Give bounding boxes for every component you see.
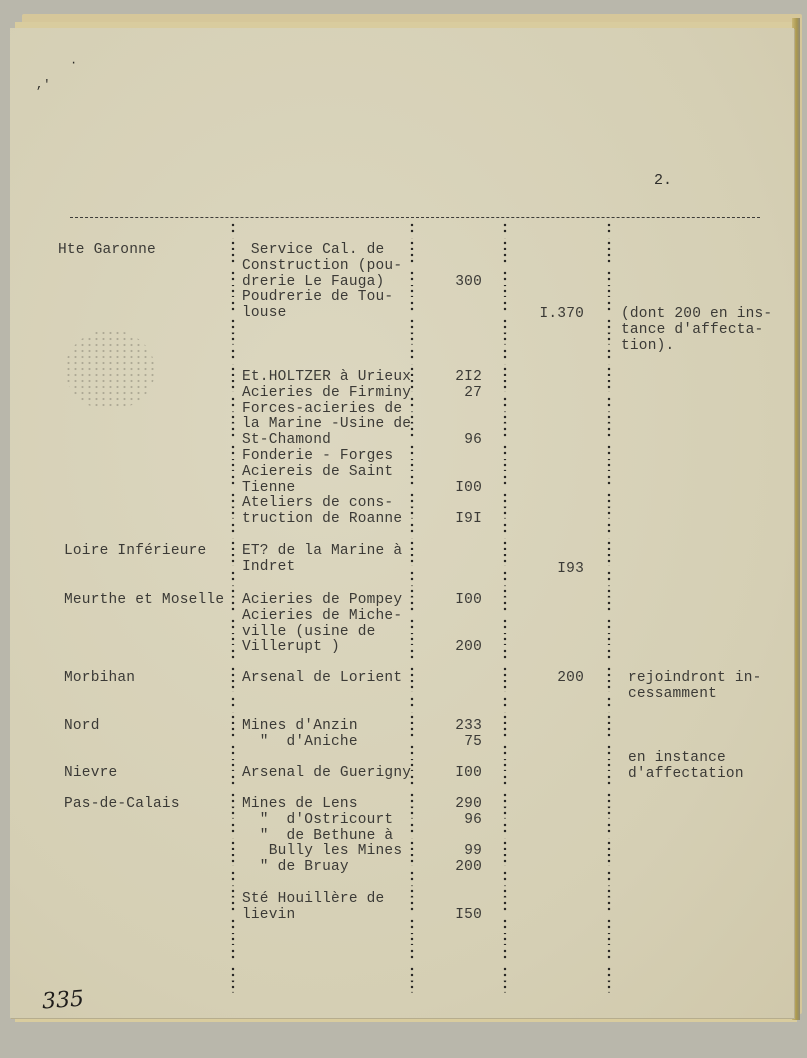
total-cell: 200: [520, 671, 584, 687]
departement-cell: Pas-de-Calais: [64, 797, 180, 813]
punch-mark: ,': [36, 78, 50, 92]
departement-cell: Nord: [64, 719, 100, 735]
etablissement-cell: Arsenal de Lorient: [242, 671, 402, 687]
etablissement-cell: Service Cal. de Construction (pou- dreri…: [242, 243, 402, 322]
etablissement-cell: Et.HOLTZER à Urieux Acieries de Firminy …: [242, 370, 411, 528]
departement-cell: Loire Inférieure: [64, 544, 206, 560]
punch-mark: ·: [70, 56, 77, 70]
effectif-cell: I00 200: [430, 593, 482, 656]
effectif-cell: 2I2 27 96 I00 I9I: [430, 370, 482, 528]
etablissement-cell: Mines d'Anzin " d'Aniche: [242, 719, 358, 751]
departement-cell: Nievre: [64, 766, 117, 782]
faded-stamp: [65, 330, 155, 410]
departement-cell: Meurthe et Moselle: [64, 593, 224, 609]
column-separator: [231, 222, 235, 994]
effectif-cell: 300: [430, 275, 482, 291]
effectif-cell: 290 96 99 200 I50: [430, 797, 482, 923]
total-cell: I93: [520, 562, 584, 578]
effectif-cell: 233 75: [430, 719, 482, 751]
effectif-cell: I00: [430, 766, 482, 782]
etablissement-cell: Acieries de Pompey Acieries de Miche- vi…: [242, 593, 402, 656]
etablissement-cell: Arsenal de Guerigny: [242, 766, 411, 782]
observations-cell: rejoindront in- cessamment: [628, 671, 762, 703]
observations-cell: en instance d'affectation: [628, 751, 744, 783]
etablissement-cell: ET? de la Marine à Indret: [242, 544, 402, 576]
page-number: 2.: [654, 172, 672, 189]
header-rule: [70, 217, 760, 218]
column-separator: [503, 222, 507, 994]
handwritten-folio-number: 335: [41, 987, 85, 1015]
observations-cell: (dont 200 en ins- tance d'affecta- tion)…: [621, 307, 772, 354]
departement-cell: Morbihan: [64, 671, 135, 687]
etablissement-cell: Mines de Lens " d'Ostricourt " de Bethun…: [242, 797, 402, 923]
departement-cell: Hte Garonne: [58, 243, 156, 259]
column-separator: [410, 222, 414, 994]
column-separator: [607, 222, 611, 994]
total-cell: I.370: [520, 307, 584, 323]
